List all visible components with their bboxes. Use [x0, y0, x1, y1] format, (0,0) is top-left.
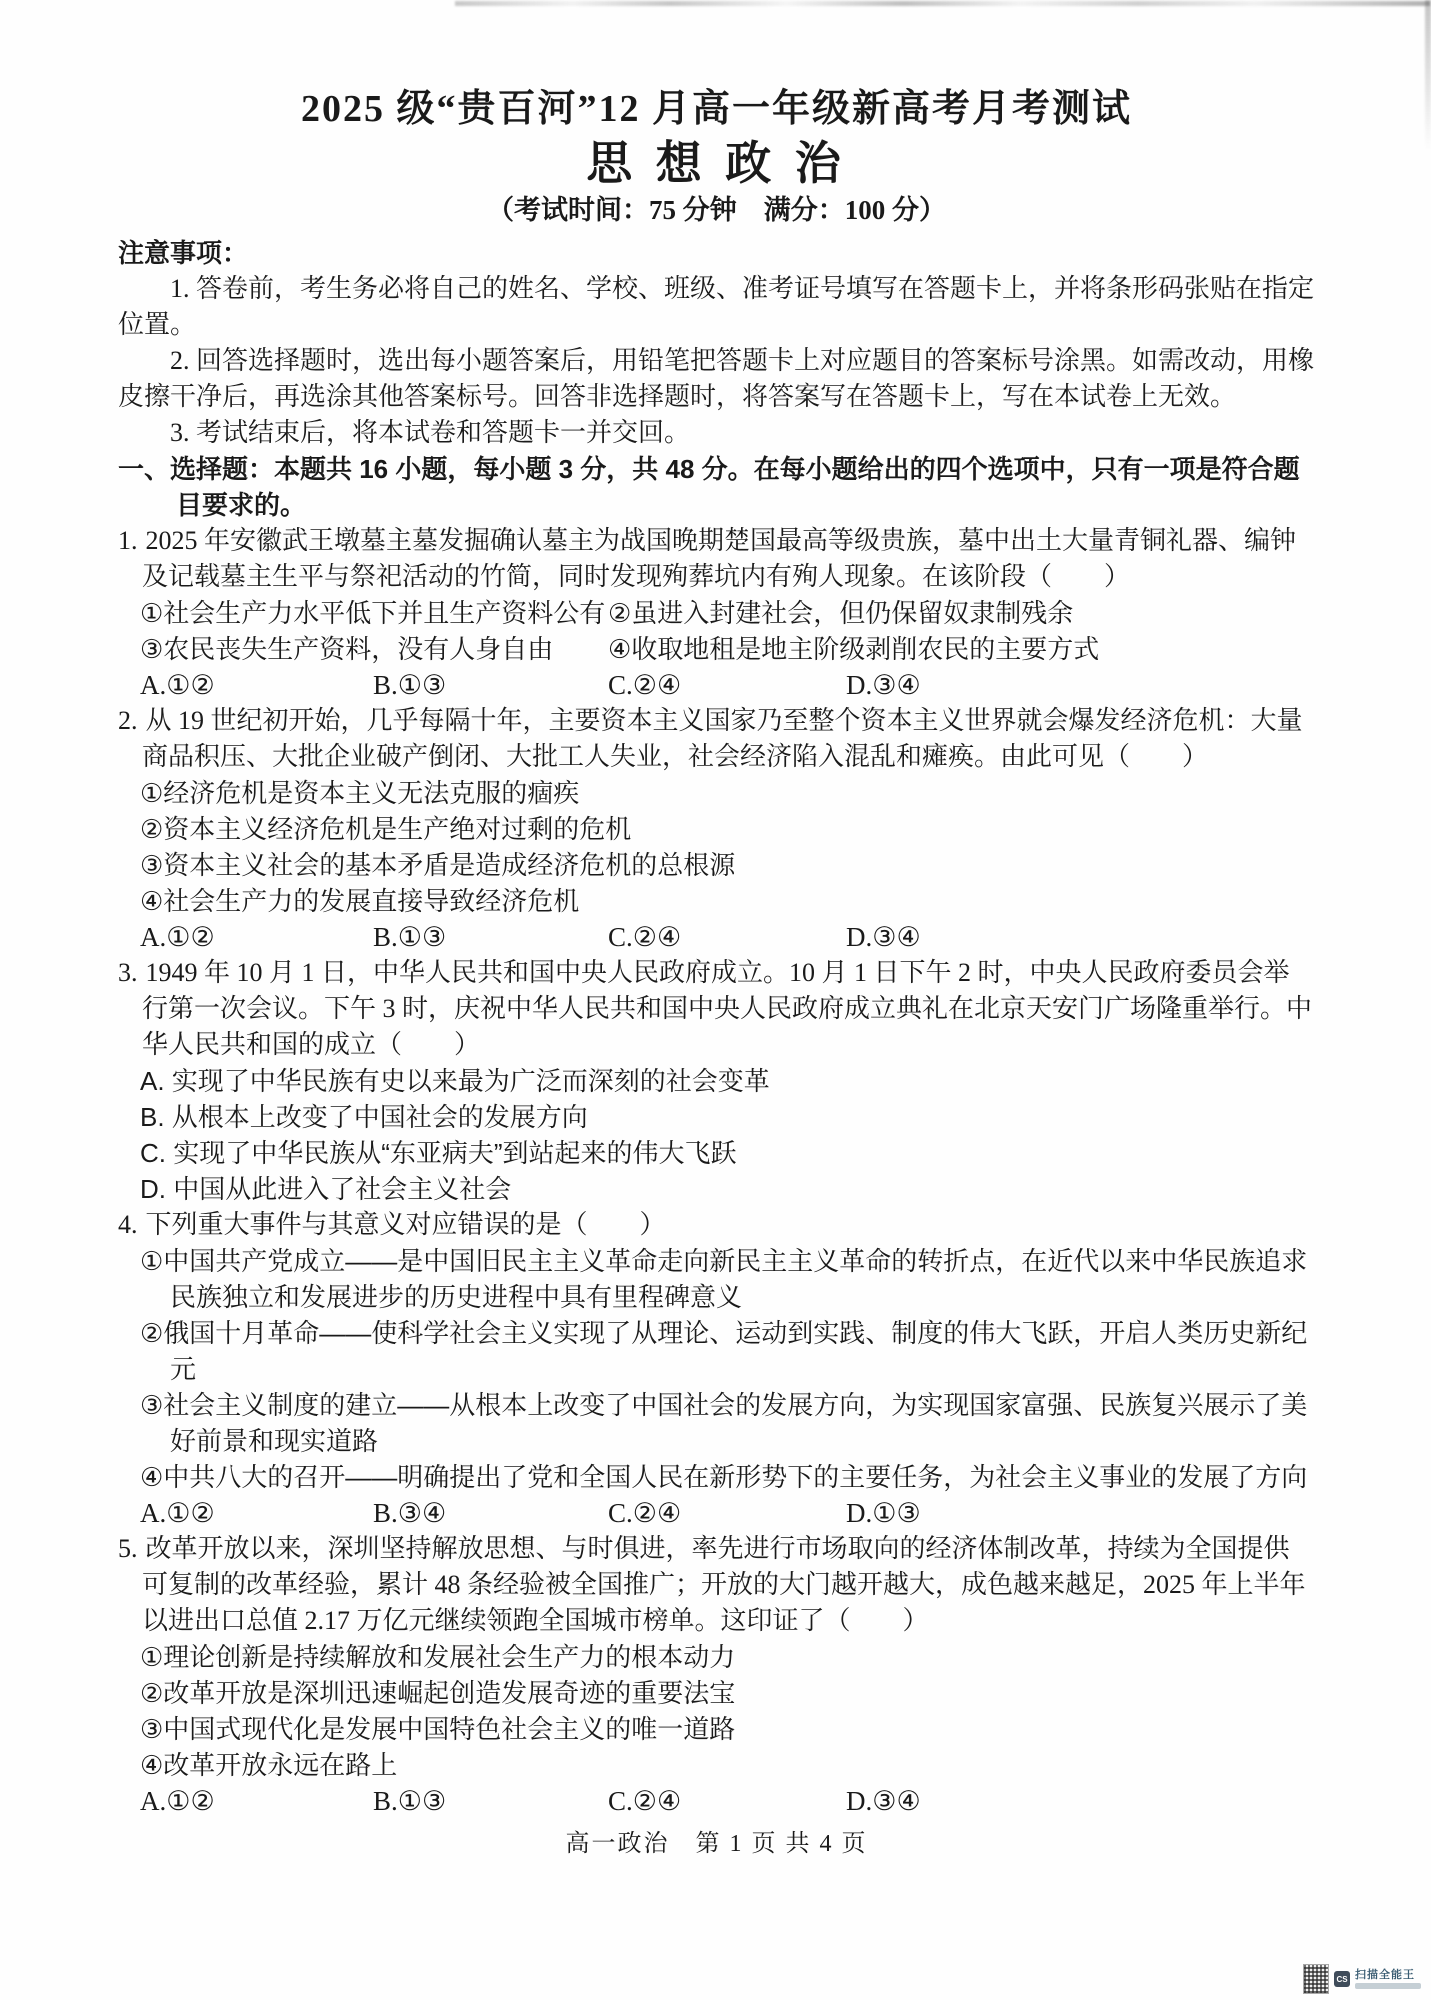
question-5-item-1: ①理论创新是持续解放和发展社会生产力的根本动力: [140, 1639, 1315, 1675]
notes-label: 注意事项：: [118, 235, 1315, 271]
note-item-1: 1. 答卷前，考生务必将自己的姓名、学校、班级、准考证号填写在答题卡上，并将条形…: [118, 271, 1315, 343]
question-1-items: ①社会生产力水平低下并且生产资料公有 ②虽进入封建社会，但仍保留奴隶制残余 ③农…: [140, 595, 1315, 667]
question-1: 1.2025 年安徽武王墩墓主墓发掘确认墓主为战国晚期楚国最高等级贵族，墓中出土…: [118, 523, 1315, 703]
question-4-choice-b: B.③④: [373, 1495, 608, 1531]
question-4-items: ①中国共产党成立——是中国旧民主主义革命走向新民主主义革命的转折点，在近代以来中…: [140, 1243, 1315, 1495]
question-4-item-1: ①中国共产党成立——是中国旧民主主义革命走向新民主主义革命的转折点，在近代以来中…: [140, 1243, 1315, 1315]
question-4-stem-text: 下列重大事件与其意义对应错误的是（ ）: [146, 1210, 666, 1239]
question-5-stem-text: 改革开放以来，深圳坚持解放思想、与时俱进，率先进行市场取向的经济体制改革，持续为…: [142, 1534, 1306, 1635]
question-4-stem: 4.下列重大事件与其意义对应错误的是（ ）: [118, 1207, 1315, 1243]
section-header: 一、选择题：本题共 16 小题，每小题 3 分，共 48 分。在每小题给出的四个…: [118, 451, 1315, 523]
question-5-choice-a: A.①②: [140, 1783, 373, 1819]
question-5-choices: A.①② B.①③ C.②④ D.③④: [140, 1783, 1315, 1819]
question-3-number: 3.: [118, 958, 138, 987]
question-4-number: 4.: [118, 1210, 138, 1239]
question-4-item-3: ③社会主义制度的建立——从根本上改变了中国社会的发展方向，为实现国家富强、民族复…: [140, 1387, 1315, 1459]
exam-info: （考试时间：75 分钟 满分：100 分）: [118, 194, 1315, 226]
question-5: 5.改革开放以来，深圳坚持解放思想、与时俱进，率先进行市场取向的经济体制改革，持…: [118, 1531, 1315, 1819]
question-3-option-b: B. 从根本上改变了中国社会的发展方向: [140, 1099, 1315, 1135]
question-1-item-3: ③农民丧失生产资料，没有人身自由: [140, 631, 608, 667]
question-5-choice-c: C.②④: [608, 1783, 846, 1819]
question-5-choice-b: B.①③: [373, 1783, 608, 1819]
subject-title: 思 想 政 治: [118, 138, 1315, 190]
question-2-item-1: ①经济危机是资本主义无法克服的痼疾: [140, 775, 1315, 811]
question-1-stem-text: 2025 年安徽武王墩墓主墓发掘确认墓主为战国晚期楚国最高等级贵族，墓中出土大量…: [142, 526, 1296, 591]
watermark-subtext-bar: [1355, 1983, 1421, 1989]
camscanner-watermark: CS 扫描全能王: [1303, 1964, 1421, 1994]
question-1-choices: A.①② B.①③ C.②④ D.③④: [140, 667, 1315, 703]
question-4-choice-d: D.①③: [846, 1495, 1315, 1531]
note-item-2: 2. 回答选择题时，选出每小题答案后，用铅笔把答题卡上对应题目的答案标号涂黑。如…: [118, 343, 1315, 415]
question-2-stem: 2.从 19 世纪初开始，几乎每隔十年，主要资本主义国家乃至整个资本主义世界就会…: [118, 703, 1315, 775]
question-2: 2.从 19 世纪初开始，几乎每隔十年，主要资本主义国家乃至整个资本主义世界就会…: [118, 703, 1315, 955]
question-4-choice-a: A.①②: [140, 1495, 373, 1531]
question-1-item-1: ①社会生产力水平低下并且生产资料公有: [140, 595, 608, 631]
question-4-choices: A.①② B.③④ C.②④ D.①③: [140, 1495, 1315, 1531]
question-3-option-c: C. 实现了中华民族从“东亚病夫”到站起来的伟大飞跃: [140, 1135, 1315, 1171]
question-2-choice-b: B.①③: [373, 919, 608, 955]
question-1-stem: 1.2025 年安徽武王墩墓主墓发掘确认墓主为战国晚期楚国最高等级贵族，墓中出土…: [118, 523, 1315, 595]
question-5-item-3: ③中国式现代化是发展中国特色社会主义的唯一道路: [140, 1711, 1315, 1747]
question-2-choice-a: A.①②: [140, 919, 373, 955]
note-item-3: 3. 考试结束后，将本试卷和答题卡一并交回。: [118, 415, 1315, 451]
question-2-choices: A.①② B.①③ C.②④ D.③④: [140, 919, 1315, 955]
question-5-items: ①理论创新是持续解放和发展社会生产力的根本动力 ②改革开放是深圳迅速崛起创造发展…: [140, 1639, 1315, 1783]
question-4-item-4: ④中共八大的召开——明确提出了党和全国人民在新形势下的主要任务，为社会主义事业的…: [140, 1459, 1315, 1495]
qr-code-icon: [1303, 1964, 1329, 1994]
question-4: 4.下列重大事件与其意义对应错误的是（ ） ①中国共产党成立——是中国旧民主主义…: [118, 1207, 1315, 1531]
question-5-number: 5.: [118, 1534, 138, 1563]
scan-artifact-corner: [1425, 0, 1431, 150]
exam-body: 注意事项： 1. 答卷前，考生务必将自己的姓名、学校、班级、准考证号填写在答题卡…: [118, 235, 1315, 1859]
question-3-stem-text: 1949 年 10 月 1 日，中华人民共和国中央人民政府成立。10 月 1 日…: [142, 958, 1312, 1059]
question-5-item-2: ②改革开放是深圳迅速崛起创造发展奇迹的重要法宝: [140, 1675, 1315, 1711]
question-1-choice-c: C.②④: [608, 667, 846, 703]
question-1-choice-d: D.③④: [846, 667, 1315, 703]
question-2-item-3: ③资本主义社会的基本矛盾是造成经济危机的总根源: [140, 847, 1315, 883]
question-5-choice-d: D.③④: [846, 1783, 1315, 1819]
question-1-choice-b: B.①③: [373, 667, 608, 703]
question-2-choice-c: C.②④: [608, 919, 846, 955]
watermark-text: 扫描全能王: [1355, 1970, 1421, 1989]
question-4-choice-c: C.②④: [608, 1495, 846, 1531]
question-1-item-4: ④收取地租是地主阶级剥削农民的主要方式: [608, 631, 1315, 667]
question-3-options: A. 实现了中华民族有史以来最为广泛而深刻的社会变革 B. 从根本上改变了中国社…: [140, 1063, 1315, 1207]
watermark-title: 扫描全能王: [1355, 1970, 1421, 1981]
question-2-items: ①经济危机是资本主义无法克服的痼疾 ②资本主义经济危机是生产绝对过剩的危机 ③资…: [140, 775, 1315, 919]
scan-artifact-top: [455, 1, 1430, 6]
question-1-number: 1.: [118, 526, 138, 555]
question-5-item-4: ④改革开放永远在路上: [140, 1747, 1315, 1783]
question-4-item-2: ②俄国十月革命——使科学社会主义实现了从理论、运动到实践、制度的伟大飞跃，开启人…: [140, 1315, 1315, 1387]
question-1-item-2: ②虽进入封建社会，但仍保留奴隶制残余: [608, 595, 1315, 631]
question-1-choice-a: A.①②: [140, 667, 373, 703]
question-2-number: 2.: [118, 706, 138, 735]
question-3-stem: 3.1949 年 10 月 1 日，中华人民共和国中央人民政府成立。10 月 1…: [118, 955, 1315, 1063]
camscanner-logo-icon: CS: [1334, 1971, 1350, 1987]
exam-paper-page: 2025 级“贵百河”12 月高一年级新高考月考测试 思 想 政 治 （考试时间…: [0, 0, 1431, 2000]
question-2-stem-text: 从 19 世纪初开始，几乎每隔十年，主要资本主义国家乃至整个资本主义世界就会爆发…: [142, 706, 1303, 771]
question-3-option-a: A. 实现了中华民族有史以来最为广泛而深刻的社会变革: [140, 1063, 1315, 1099]
question-2-choice-d: D.③④: [846, 919, 1315, 955]
question-3-option-d: D. 中国从此进入了社会主义社会: [140, 1171, 1315, 1207]
page-content: 2025 级“贵百河”12 月高一年级新高考月考测试 思 想 政 治 （考试时间…: [0, 0, 1431, 1859]
question-2-item-4: ④社会生产力的发展直接导致经济危机: [140, 883, 1315, 919]
question-5-stem: 5.改革开放以来，深圳坚持解放思想、与时俱进，率先进行市场取向的经济体制改革，持…: [118, 1531, 1315, 1639]
question-3: 3.1949 年 10 月 1 日，中华人民共和国中央人民政府成立。10 月 1…: [118, 955, 1315, 1207]
page-title: 2025 级“贵百河”12 月高一年级新高考月考测试: [118, 86, 1315, 132]
question-2-item-2: ②资本主义经济危机是生产绝对过剩的危机: [140, 811, 1315, 847]
page-footer: 高一政治 第 1 页 共 4 页: [118, 1829, 1315, 1859]
